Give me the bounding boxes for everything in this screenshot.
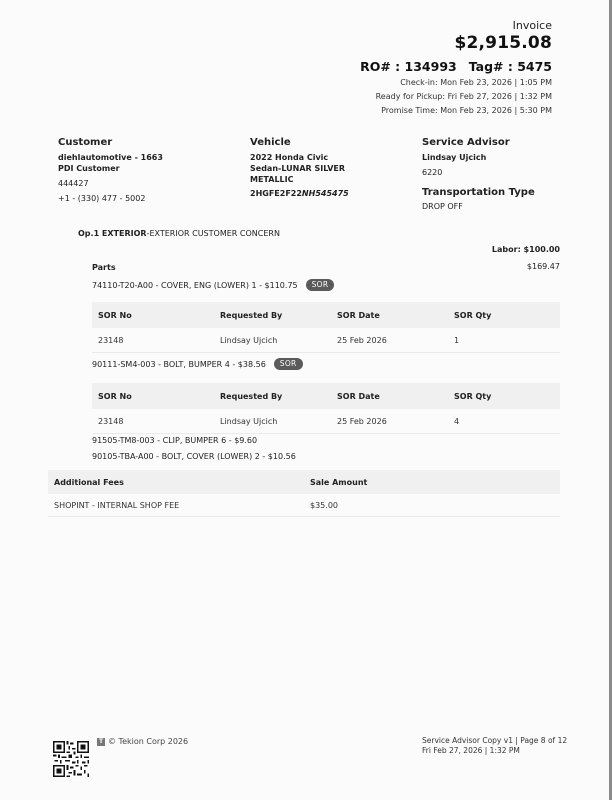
customer-type: PDI Customer [58, 163, 163, 174]
part-description: 90105-TBA-A00 - BOLT, COVER (LOWER) 2 - … [92, 452, 296, 461]
parts-label: Parts [92, 263, 116, 272]
customer-section: Customer diehlautomotive - 1663 PDI Cust… [58, 137, 163, 204]
sor-no: 23148 [92, 417, 220, 426]
sor-badge: SOR [274, 358, 303, 370]
invoice-title: Invoice [513, 19, 552, 32]
operation-code: Op.1 EXTERIOR [78, 229, 147, 238]
part-line: 74110-T20-A00 - COVER, ENG (LOWER) 1 - $… [92, 279, 334, 291]
printed-at: Fri Feb 27, 2026 | 1:32 PM [422, 746, 567, 756]
tekion-logo-icon: T [97, 738, 105, 746]
col-sor-qty: SOR Qty [454, 311, 554, 320]
vehicle-line1: 2022 Honda Civic [250, 152, 349, 163]
sor-table: SOR No Requested By SOR Date SOR Qty 231… [92, 302, 560, 353]
footer-info: Service Advisor Copy v1 | Page 8 of 12 F… [422, 736, 567, 756]
col-sale-amount: Sale Amount [310, 478, 510, 487]
fees-table-header: Additional Fees Sale Amount [48, 470, 560, 494]
part-description: 74110-T20-A00 - COVER, ENG (LOWER) 1 - $… [92, 281, 298, 290]
sor-table: SOR No Requested By SOR Date SOR Qty 231… [92, 383, 560, 434]
vehicle-vin: 2HGFE2F22NH545475 [250, 188, 349, 199]
col-sor-date: SOR Date [337, 392, 454, 401]
table-row: 23148 Lindsay Ujcich 25 Feb 2026 1 [92, 328, 560, 353]
service-advisor-label: Service Advisor [422, 137, 535, 148]
requested-by: Lindsay Ujcich [220, 417, 337, 426]
vin-suffix: NH545475 [302, 189, 349, 198]
sor-qty: 4 [454, 417, 554, 426]
operation-total: $169.47 [527, 262, 560, 271]
vehicle-line2: Sedan-LUNAR SILVER [250, 163, 349, 174]
tag-number: Tag# : 5475 [469, 59, 552, 74]
fee-amount: $35.00 [310, 501, 510, 510]
col-requested-by: Requested By [220, 311, 337, 320]
operation-title: Op.1 EXTERIOR-EXTERIOR CUSTOMER CONCERN [78, 229, 280, 238]
fee-name: SHOPINT - INTERNAL SHOP FEE [48, 501, 310, 510]
sor-no: 23148 [92, 336, 220, 345]
part-description: 90111-SM4-003 - BOLT, BUMPER 4 - $38.56 [92, 360, 266, 369]
sor-table-header: SOR No Requested By SOR Date SOR Qty [92, 383, 560, 409]
customer-id: 444427 [58, 178, 163, 189]
ro-number: RO# : 134993 [360, 59, 457, 74]
qr-code-icon [53, 741, 89, 777]
operation-description: -EXTERIOR CUSTOMER CONCERN [147, 229, 280, 238]
check-in-time: Check-in: Mon Feb 23, 2026 | 1:05 PM [400, 78, 552, 87]
part-line: 90105-TBA-A00 - BOLT, COVER (LOWER) 2 - … [92, 452, 296, 461]
customer-name: diehlautomotive - 1663 [58, 152, 163, 163]
part-description: 91505-TM8-003 - CLIP, BUMPER 6 - $9.60 [92, 436, 257, 445]
ro-tag-line: RO# : 134993Tag# : 5475 [360, 59, 552, 74]
vehicle-label: Vehicle [250, 137, 349, 148]
additional-fees-table: Additional Fees Sale Amount SHOPINT - IN… [48, 470, 560, 517]
col-sor-qty: SOR Qty [454, 392, 554, 401]
sor-table-header: SOR No Requested By SOR Date SOR Qty [92, 302, 560, 328]
col-sor-date: SOR Date [337, 311, 454, 320]
vehicle-section: Vehicle 2022 Honda Civic Sedan-LUNAR SIL… [250, 137, 349, 199]
footer-copyright: T © Tekion Corp 2026 [97, 737, 188, 746]
sor-qty: 1 [454, 336, 554, 345]
col-sor-no: SOR No [92, 311, 220, 320]
table-row: SHOPINT - INTERNAL SHOP FEE $35.00 [48, 494, 560, 517]
labor-amount: Labor: $100.00 [492, 245, 560, 254]
ready-for-pickup-time: Ready for Pickup: Fri Feb 27, 2026 | 1:3… [376, 92, 552, 101]
service-advisor-number: 6220 [422, 167, 535, 178]
sor-badge: SOR [306, 279, 335, 291]
customer-phone: +1 - (330) 477 - 5002 [58, 193, 163, 204]
requested-by: Lindsay Ujcich [220, 336, 337, 345]
transportation-type-label: Transportation Type [422, 187, 535, 198]
table-row: 23148 Lindsay Ujcich 25 Feb 2026 4 [92, 409, 560, 434]
sor-date: 25 Feb 2026 [337, 336, 454, 345]
service-advisor-section: Service Advisor Lindsay Ujcich 6220 Tran… [422, 137, 535, 212]
service-advisor-name: Lindsay Ujcich [422, 152, 535, 163]
col-requested-by: Requested By [220, 392, 337, 401]
transportation-type-value: DROP OFF [422, 201, 535, 212]
copyright-text: © Tekion Corp 2026 [108, 737, 188, 746]
vehicle-line3: METALLIC [250, 174, 349, 185]
sor-date: 25 Feb 2026 [337, 417, 454, 426]
col-sor-no: SOR No [92, 392, 220, 401]
part-line: 91505-TM8-003 - CLIP, BUMPER 6 - $9.60 [92, 436, 257, 445]
vin-prefix: 2HGFE2F22 [250, 189, 302, 198]
invoice-total: $2,915.08 [454, 33, 552, 53]
customer-label: Customer [58, 137, 163, 148]
col-additional-fees: Additional Fees [48, 478, 310, 487]
promise-time: Promise Time: Mon Feb 23, 2026 | 5:30 PM [381, 106, 552, 115]
copy-page-info: Service Advisor Copy v1 | Page 8 of 12 [422, 736, 567, 746]
part-line: 90111-SM4-003 - BOLT, BUMPER 4 - $38.56 … [92, 358, 303, 370]
